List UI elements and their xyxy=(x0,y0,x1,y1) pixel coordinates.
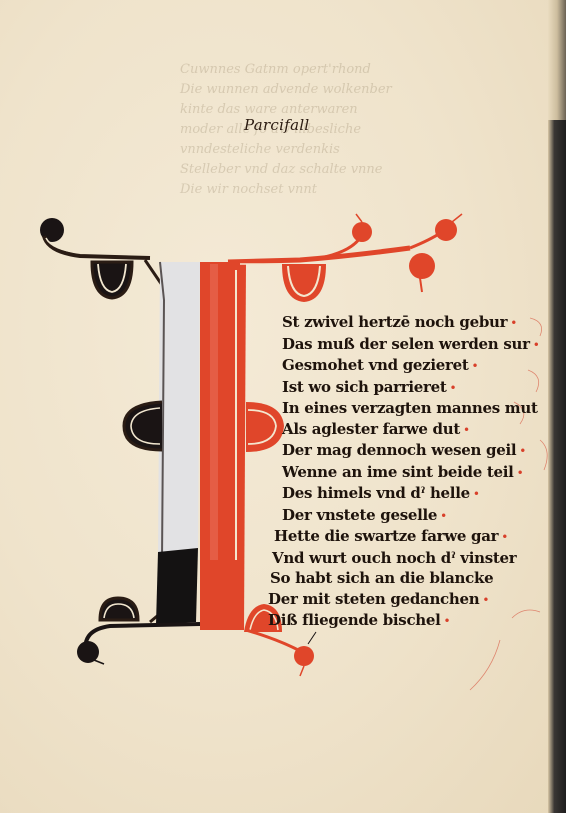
verse-line: St zwivel hertzē noch gebur• xyxy=(282,312,539,334)
rubric-mark-icon: • xyxy=(482,593,489,607)
page-edge-top xyxy=(548,0,566,120)
verse-line: Ist wo sich parrieret• xyxy=(282,377,539,399)
verse-block: St zwivel hertzē noch gebur• Das muß der… xyxy=(282,312,539,632)
verse-line: Diß fliegende bischel• xyxy=(268,610,539,632)
rubric-mark-icon: • xyxy=(533,338,540,352)
verse-line: Der vnstete geselle• xyxy=(282,505,539,527)
verse-line: Des himels vnd dˀ helle• xyxy=(282,483,539,505)
manuscript-page: Cuwnnes Gatnm opert'rhond Die wunnen adv… xyxy=(0,0,552,813)
verse-line: Hette die swartze farwe gar• xyxy=(274,526,539,548)
verse-line: Das muß der selen werden sur• xyxy=(282,334,539,356)
rubric-mark-icon: • xyxy=(501,530,508,544)
verse-line: Der mit steten gedanchen• xyxy=(268,589,539,611)
verse-line: Gesmohet vnd gezieret• xyxy=(282,355,539,377)
rubric-mark-icon: • xyxy=(473,487,480,501)
rubric-mark-icon: • xyxy=(444,614,451,628)
rubric-mark-icon: • xyxy=(450,381,457,395)
rubric-mark-icon: • xyxy=(463,423,470,437)
rubric-mark-icon: • xyxy=(440,509,447,523)
rubric-mark-icon: • xyxy=(517,466,524,480)
verse-line: Vnd wurt ouch noch dˀ vinster xyxy=(272,548,539,569)
verse-line: In eines verzagten mannes mut xyxy=(282,398,539,419)
rubric-mark-icon: • xyxy=(510,316,517,330)
rubric-mark-icon: • xyxy=(471,359,478,373)
page-edge-shadow xyxy=(548,0,566,813)
verse-line: Der mag dennoch wesen geil• xyxy=(282,440,539,462)
verse-line: Als aglester farwe dut• xyxy=(282,419,539,441)
verse-line: So habt sich an die blancke xyxy=(270,568,539,589)
verse-line: Wenne an ime sint beide teil• xyxy=(282,462,539,484)
rubric-mark-icon: • xyxy=(519,444,526,458)
